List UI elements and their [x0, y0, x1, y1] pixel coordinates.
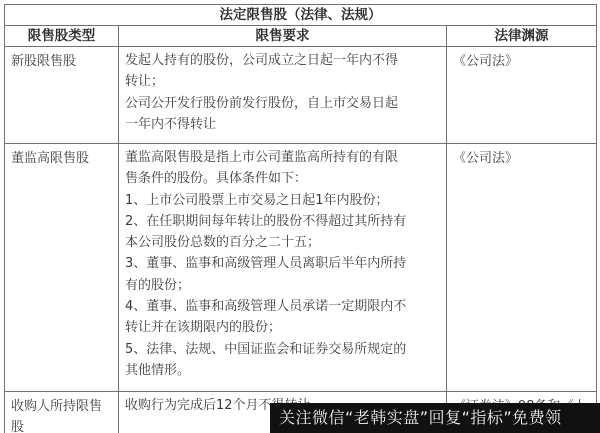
requirement-line: 董监高限售股是指上市公司董监高所持有的有限: [125, 147, 442, 168]
type-text: 新股限售股: [11, 51, 118, 72]
requirement-line: 转让并在该期限内的股份；: [125, 317, 442, 338]
requirement-line: 转让；: [125, 71, 442, 92]
cell-requirement: 董监高限售股是指上市公司董监高所持有的有限 售条件的股份。具体条件如下： 1、上…: [119, 144, 447, 392]
type-text: 收购人所持限售: [11, 396, 118, 417]
header-requirement: 限售要求: [119, 26, 447, 47]
requirement-line: 一年内不得转让: [125, 114, 442, 135]
table-title-row: 法定限售股（法律、法规）: [5, 5, 597, 26]
cell-type: 董监高限售股: [5, 144, 119, 392]
table-header-row: 限售股类型 限售要求 法律渊源: [5, 26, 597, 47]
header-source: 法律渊源: [447, 26, 597, 47]
requirement-line: 5、法律、法规、中国证监会和证券交易所规定的: [125, 339, 442, 360]
restricted-shares-table: 法定限售股（法律、法规） 限售股类型 限售要求 法律渊源 新股限售股 发起人持有…: [4, 4, 597, 433]
cell-type: 新股限售股: [5, 47, 119, 144]
watermark-banner: 关注微信“老韩实盘”回复“指标”免费领: [270, 403, 600, 433]
source-text: 《公司法》: [453, 51, 596, 72]
requirement-line: 有的股份；: [125, 275, 442, 296]
cell-type: 收购人所持限售 股: [5, 392, 119, 433]
table-title: 法定限售股（法律、法规）: [5, 5, 597, 26]
requirement-line: 本公司股份总数的百分之二十五；: [125, 232, 442, 253]
table-row: 董监高限售股 董监高限售股是指上市公司董监高所持有的有限 售条件的股份。具体条件…: [5, 144, 597, 392]
cell-source: 《公司法》: [447, 47, 597, 144]
header-type: 限售股类型: [5, 26, 119, 47]
type-text: 股: [11, 417, 118, 433]
requirement-line: 1、上市公司股票上市交易之日起1年内股份；: [125, 190, 442, 211]
requirement-line: 2、在任职期间每年转让的股份不得超过其所持有: [125, 211, 442, 232]
cell-requirement: 发起人持有的股份，公司成立之日起一年内不得 转让； 公司公开发行股份前发行股份，…: [119, 47, 447, 144]
requirement-line: 发起人持有的股份，公司成立之日起一年内不得: [125, 50, 442, 71]
requirement-line: 4、董事、监事和高级管理人员承诺一定期限内不: [125, 296, 442, 317]
table-row: 新股限售股 发起人持有的股份，公司成立之日起一年内不得 转让； 公司公开发行股份…: [5, 47, 597, 144]
source-text: 《公司法》: [453, 148, 596, 169]
requirement-line: 其他情形。: [125, 360, 442, 381]
cell-source: 《公司法》: [447, 144, 597, 392]
requirement-line: 售条件的股份。具体条件如下：: [125, 168, 442, 189]
type-text: 董监高限售股: [11, 148, 118, 169]
requirement-line: 公司公开发行股份前发行股份，自上市交易日起: [125, 93, 442, 114]
requirement-line: 3、董事、监事和高级管理人员离职后半年内所持: [125, 253, 442, 274]
